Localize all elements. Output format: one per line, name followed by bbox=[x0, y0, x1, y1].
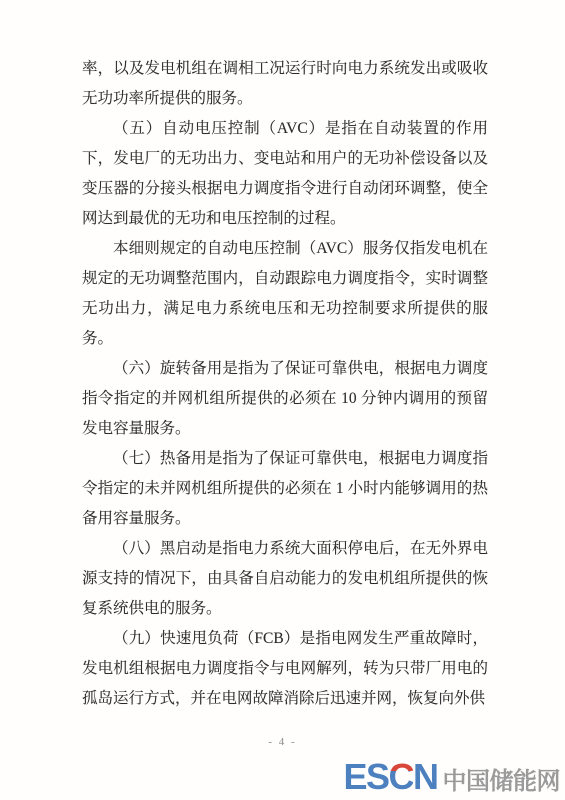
page-number: - 4 - bbox=[0, 736, 565, 748]
escn-logo-letter-n: N bbox=[413, 756, 438, 797]
paragraph-item-9-fcb: （九）快速甩负荷（FCB）是指电网发生严重故障时，发电机组根据电力调度指令与电网… bbox=[82, 624, 488, 714]
escn-logo-letters-es: ES bbox=[343, 756, 388, 797]
paragraph-item-5-avc: （五）自动电压控制（AVC）是指在自动装置的作用下，发电厂的无功出力、变电站和用… bbox=[82, 114, 488, 234]
paragraph-item-7-hot-standby: （七）热备用是指为了保证可靠供电，根据电力调度指令指定的未并网机组所提供的必须在… bbox=[82, 444, 488, 534]
escn-watermark-logo: ESCN 中国储能网 bbox=[343, 759, 560, 795]
escn-logo-letter-c: C bbox=[389, 756, 414, 797]
escn-logo-chinese-name: 中国储能网 bbox=[443, 770, 561, 794]
paragraph-avc-detail: 本细则规定的自动电压控制（AVC）服务仅指发电机在规定的无功调整范围内，自动跟踪… bbox=[82, 234, 488, 354]
paragraph-item-6-spinning-reserve: （六）旋转备用是指为了保证可靠供电，根据电力调度指令指定的并网机组所提供的必须在… bbox=[82, 354, 488, 444]
document-page: 率，以及发电机组在调相工况运行时向电力系统发出或吸收无功功率所提供的服务。 （五… bbox=[0, 0, 565, 800]
paragraph-item-8-black-start: （八）黑启动是指电力系统大面积停电后，在无外界电源支持的情况下，由具备自启动能力… bbox=[82, 534, 488, 624]
document-body-text: 率，以及发电机组在调相工况运行时向电力系统发出或吸收无功功率所提供的服务。 （五… bbox=[82, 54, 488, 714]
paragraph-continuation: 率，以及发电机组在调相工况运行时向电力系统发出或吸收无功功率所提供的服务。 bbox=[82, 54, 488, 114]
escn-logo-text: ESCN bbox=[343, 759, 437, 795]
